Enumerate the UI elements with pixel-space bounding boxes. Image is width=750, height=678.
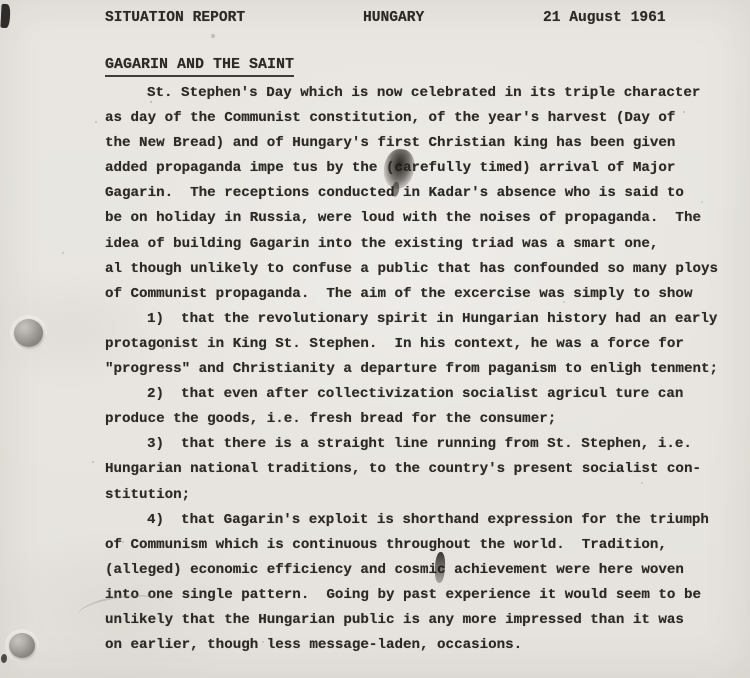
text-line: 2) that even after collectivization soci… [105,382,735,407]
text-line: 3) that there is a straight line running… [105,432,735,457]
text-line: 4) that Gagarin's exploit is shorthand e… [105,508,735,533]
text-line: "progress" and Christianity a departure … [105,357,735,382]
text-line: protagonist in King St. Stephen. In his … [105,332,735,357]
hole-punch-bottom [9,633,35,658]
text-line: into one single pattern. Going by past e… [105,583,735,608]
header-doc-type: SITUATION REPORT [105,10,245,26]
text-line: of Communism which is continuous through… [105,533,735,558]
document-body: St. Stephen's Day which is now celebrate… [105,81,735,658]
text-line: Gagarin. The receptions conducted in Kad… [105,181,735,206]
text-line: St. Stephen's Day which is now celebrate… [105,81,735,106]
text-line: added propaganda impe tus by the (carefu… [105,156,735,181]
text-line: on earlier, though less message-laden, o… [105,633,735,658]
text-line: idea of building Gagarin into the existi… [105,232,735,257]
text-line: al though unlikely to confuse a public t… [105,257,735,282]
header-date: 21 August 1961 [543,10,666,26]
text-line: the New Bread) and of Hungary's first Ch… [105,131,735,156]
document-page: SITUATION REPORT HUNGARY 21 August 1961 … [0,0,750,678]
text-line: unlikely that the Hungarian public is an… [105,608,735,633]
text-line: Hungarian national traditions, to the co… [105,457,735,482]
text-line: of Communist propaganda. The aim of the … [105,282,735,307]
text-line: produce the goods, i.e. fresh bread for … [105,407,735,432]
text-line: as day of the Communist constitution, of… [105,106,735,131]
header-country: HUNGARY [363,10,424,26]
text-line: stitution; [105,483,735,508]
hole-punch-top [14,319,43,347]
text-line: be on holiday in Russia, were loud with … [105,206,735,231]
section-title: GAGARIN AND THE SAINT [105,56,294,77]
document-header: SITUATION REPORT HUNGARY 21 August 1961 [0,10,750,30]
text-line: 1) that the revolutionary spirit in Hung… [105,307,735,332]
edge-mark-bottom [1,654,7,663]
text-line: (alleged) economic efficiency and cosmic… [105,558,735,583]
paper-specks [0,0,2,2]
